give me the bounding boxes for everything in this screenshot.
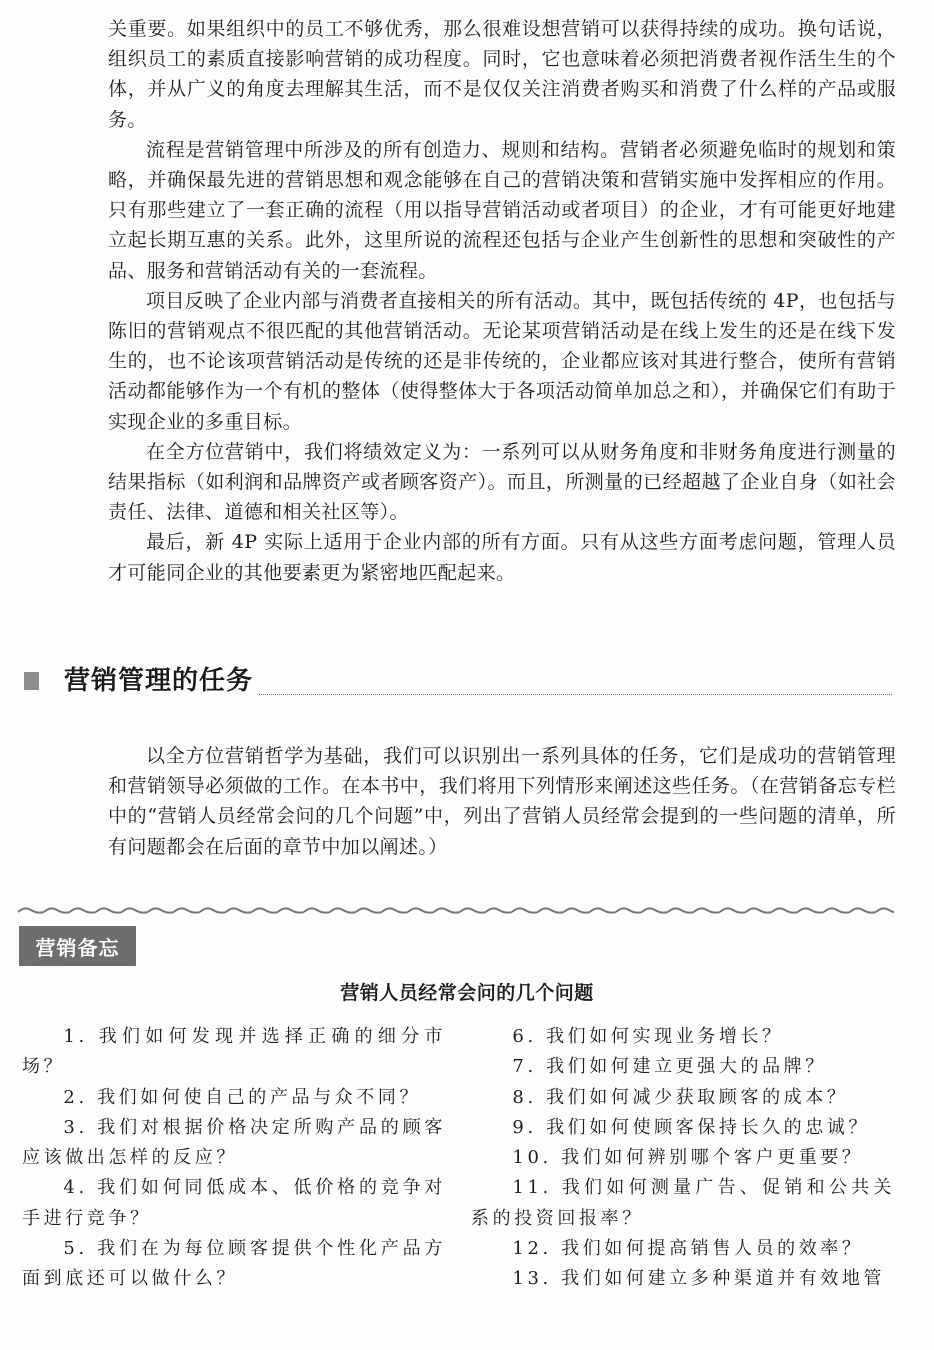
paragraph-performance: 在全方位营销中，我们将绩效定义为：一系列可以从财务角度和非财务角度进行测量的结果…	[108, 437, 896, 528]
question-item: 5. 我们在为每位顾客提供个性化产品方面到底还可以做什么？	[22, 1234, 446, 1295]
body-text-top: 关重要。如果组织中的员工不够优秀，那么很难设想营销可以获得持续的成功。换句话说，…	[108, 14, 896, 588]
paragraph-programs: 项目反映了企业内部与消费者直接相关的所有活动。其中，既包括传统的 4P，也包括与…	[108, 286, 896, 437]
body-text-section: 以全方位营销哲学为基础，我们可以识别出一系列具体的任务，它们是成功的营销管理和营…	[108, 741, 896, 862]
paragraph-conclusion: 最后，新 4P 实际上适用于企业内部的所有方面。只有从这些方面考虑问题，管理人员…	[108, 527, 896, 587]
section-paragraph: 以全方位营销哲学为基础，我们可以识别出一系列具体的任务，它们是成功的营销管理和营…	[108, 741, 896, 862]
question-item: 3. 我们对根据价格决定所购产品的顾客应该做出怎样的反应？	[22, 1113, 446, 1174]
section-heading: 营销管理的任务	[22, 661, 892, 701]
memo-questions-left: 1. 我们如何发现并选择正确的细分市场？ 2. 我们如何使自己的产品与众不同？ …	[22, 1022, 446, 1295]
memo-title: 营销人员经常会问的几个问题	[0, 978, 934, 1005]
wavy-divider	[18, 905, 894, 915]
question-item: 13. 我们如何建立多种渠道并有效地管	[471, 1264, 895, 1294]
heading-square-icon	[24, 672, 39, 690]
question-item: 7. 我们如何建立更强大的品牌？	[471, 1052, 895, 1082]
memo-badge: 营销备忘	[19, 926, 136, 966]
question-item: 9. 我们如何使顾客保持长久的忠诚？	[471, 1113, 895, 1143]
question-item: 1. 我们如何发现并选择正确的细分市场？	[22, 1022, 446, 1083]
memo-questions-right: 6. 我们如何实现业务增长？ 7. 我们如何建立更强大的品牌？ 8. 我们如何减…	[471, 1022, 895, 1295]
question-item: 2. 我们如何使自己的产品与众不同？	[22, 1083, 446, 1113]
paragraph-processes: 流程是营销管理中所涉及的所有创造力、规则和结构。营销者必须避免临时的规划和策略，…	[108, 135, 896, 286]
heading-dotted-rule	[259, 694, 892, 695]
question-item: 4. 我们如何同低成本、低价格的竞争对手进行竞争？	[22, 1173, 446, 1234]
paragraph-people-continued: 关重要。如果组织中的员工不够优秀，那么很难设想营销可以获得持续的成功。换句话说，…	[108, 14, 896, 135]
question-item: 10. 我们如何辨别哪个客户更重要？	[471, 1143, 895, 1173]
question-item: 11. 我们如何测量广告、促销和公共关系的投资回报率？	[471, 1173, 895, 1234]
section-title: 营销管理的任务	[64, 661, 253, 701]
question-item: 6. 我们如何实现业务增长？	[471, 1022, 895, 1052]
question-item: 12. 我们如何提高销售人员的效率？	[471, 1234, 895, 1264]
question-item: 8. 我们如何减少获取顾客的成本？	[471, 1083, 895, 1113]
